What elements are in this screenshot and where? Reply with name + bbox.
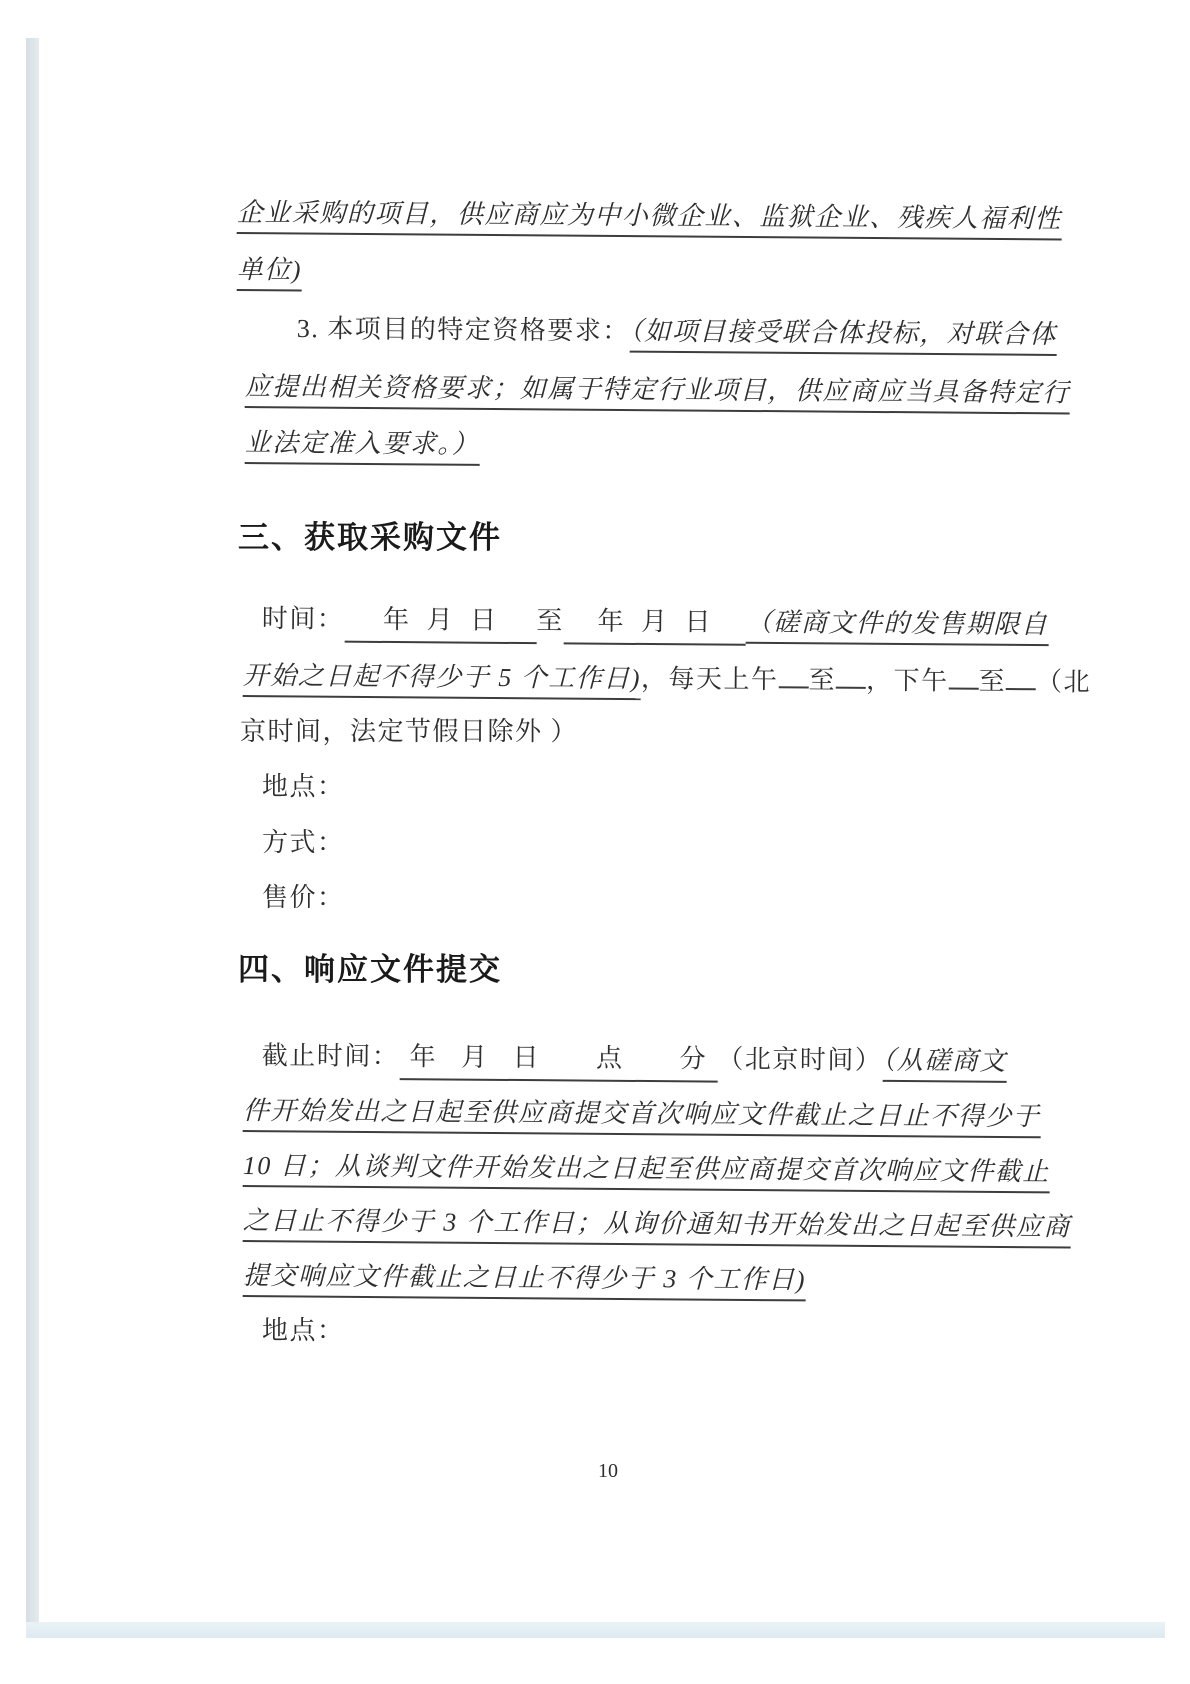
page-left-edge-shadow xyxy=(26,38,39,1626)
deadline-note-part2: 件开始发出之日起至供应商提交首次响应文件截止之日止不得少于 xyxy=(243,1096,1041,1138)
time-daily-morning: ，每天上午 xyxy=(641,664,779,694)
time-blank-afternoon-start xyxy=(948,683,978,690)
item3-note-part2: 应提出相关资格要求；如属于特定行业项目，供应商应当具备特定行 xyxy=(245,372,1070,414)
time-to: 至 xyxy=(536,606,564,635)
page-bottom-edge-shadow xyxy=(26,1622,1165,1638)
deadline-line2: 件开始发出之日起至供应商提交首次响应文件截止之日止不得少于 xyxy=(243,1090,1041,1133)
time-line3: 京时间，法定节假日除外 ） xyxy=(240,711,578,748)
underlined-text: 企业采购的项目，供应商应为中小微企业、监狱企业、残疾人福利性 xyxy=(237,198,1062,240)
deadline-note-part3: 10 日；从谈判文件开始发出之日起至供应商提交首次响应文件截止 xyxy=(243,1151,1050,1193)
item3-line3: 业法定准入要求。） xyxy=(245,422,480,461)
section3-price-label: 售价： xyxy=(262,877,345,914)
section4-heading: 四、响应文件提交 xyxy=(238,944,502,989)
underlined-text: 单位) xyxy=(237,255,302,292)
deadline-note-part4: 之日止不得少于 3 个工作日；从询价通知书开始发出之日起至供应商 xyxy=(243,1206,1071,1249)
deadline-line4: 之日止不得少于 3 个工作日；从询价通知书开始发出之日起至供应商 xyxy=(243,1200,1071,1244)
qualification-continuation-line2: 单位) xyxy=(237,249,302,287)
deadline-label: 截止时间： xyxy=(262,1041,400,1071)
time-blank-morning-end xyxy=(836,682,866,689)
item3-note-part1: （如项目接受联合体投标，对联合体 xyxy=(630,317,1057,356)
time-note-part2: 开始之日起不得少于 5 个工作日) xyxy=(243,661,641,700)
time-line2: 开始之日起不得少于 5 个工作日)，每天上午至，下午至（北 xyxy=(243,655,1092,699)
page-number: 10 xyxy=(598,1460,618,1483)
item3-line2: 应提出相关资格要求；如属于特定行业项目，供应商应当具备特定行 xyxy=(245,366,1070,409)
time-note-part1: （磋商文件的发售期限自 xyxy=(746,608,1049,646)
qualification-continuation-line1: 企业采购的项目，供应商应为中小微企业、监狱企业、残疾人福利性 xyxy=(237,192,1062,235)
deadline-note-part5: 提交响应文件截止之日止不得少于 3 个工作日) xyxy=(243,1261,806,1301)
time-blank-from: 年 月 日 xyxy=(344,599,536,645)
section3-place-label: 地点： xyxy=(262,766,345,803)
section4-place-label: 地点： xyxy=(262,1310,345,1347)
item3-label: 3. 本项目的特定资格要求： xyxy=(297,314,630,346)
deadline-line5: 提交响应文件截止之日止不得少于 3 个工作日) xyxy=(243,1255,806,1296)
section3-heading: 三、获取采购文件 xyxy=(238,512,502,557)
time-zhi-morning: 至 xyxy=(808,665,836,694)
time-blank-afternoon-end xyxy=(1006,683,1036,690)
deadline-timezone: （北京时间） xyxy=(717,1045,882,1075)
scanned-document-page: 企业采购的项目，供应商应为中小微企业、监狱企业、残疾人福利性 单位) 3. 本项… xyxy=(0,0,1190,1684)
time-blank-until: 年 月 日 xyxy=(564,600,746,645)
time-daily-afternoon: ，下午 xyxy=(866,666,949,696)
time-paren-north: （北 xyxy=(1036,667,1091,696)
deadline-line1: 截止时间：年 月 日 点 分（北京时间）（从磋商文 xyxy=(262,1035,1007,1085)
deadline-blank: 年 月 日 点 分 xyxy=(399,1036,717,1082)
deadline-note-part1: （从磋商文 xyxy=(882,1046,1007,1083)
deadline-line3: 10 日；从谈判文件开始发出之日起至供应商提交首次响应文件截止 xyxy=(243,1145,1050,1188)
item3-line1: 3. 本项目的特定资格要求：（如项目接受联合体投标，对联合体 xyxy=(297,308,1057,351)
time-line1: 时间：年 月 日至年 月 日（磋商文件的发售期限自 xyxy=(262,598,1049,648)
time-zhi-afternoon: 至 xyxy=(978,667,1006,696)
time-blank-morning-start xyxy=(778,681,808,688)
item3-note-part3: 业法定准入要求。） xyxy=(245,428,480,466)
section3-method-label: 方式： xyxy=(262,822,345,859)
time-label: 时间： xyxy=(262,604,345,634)
